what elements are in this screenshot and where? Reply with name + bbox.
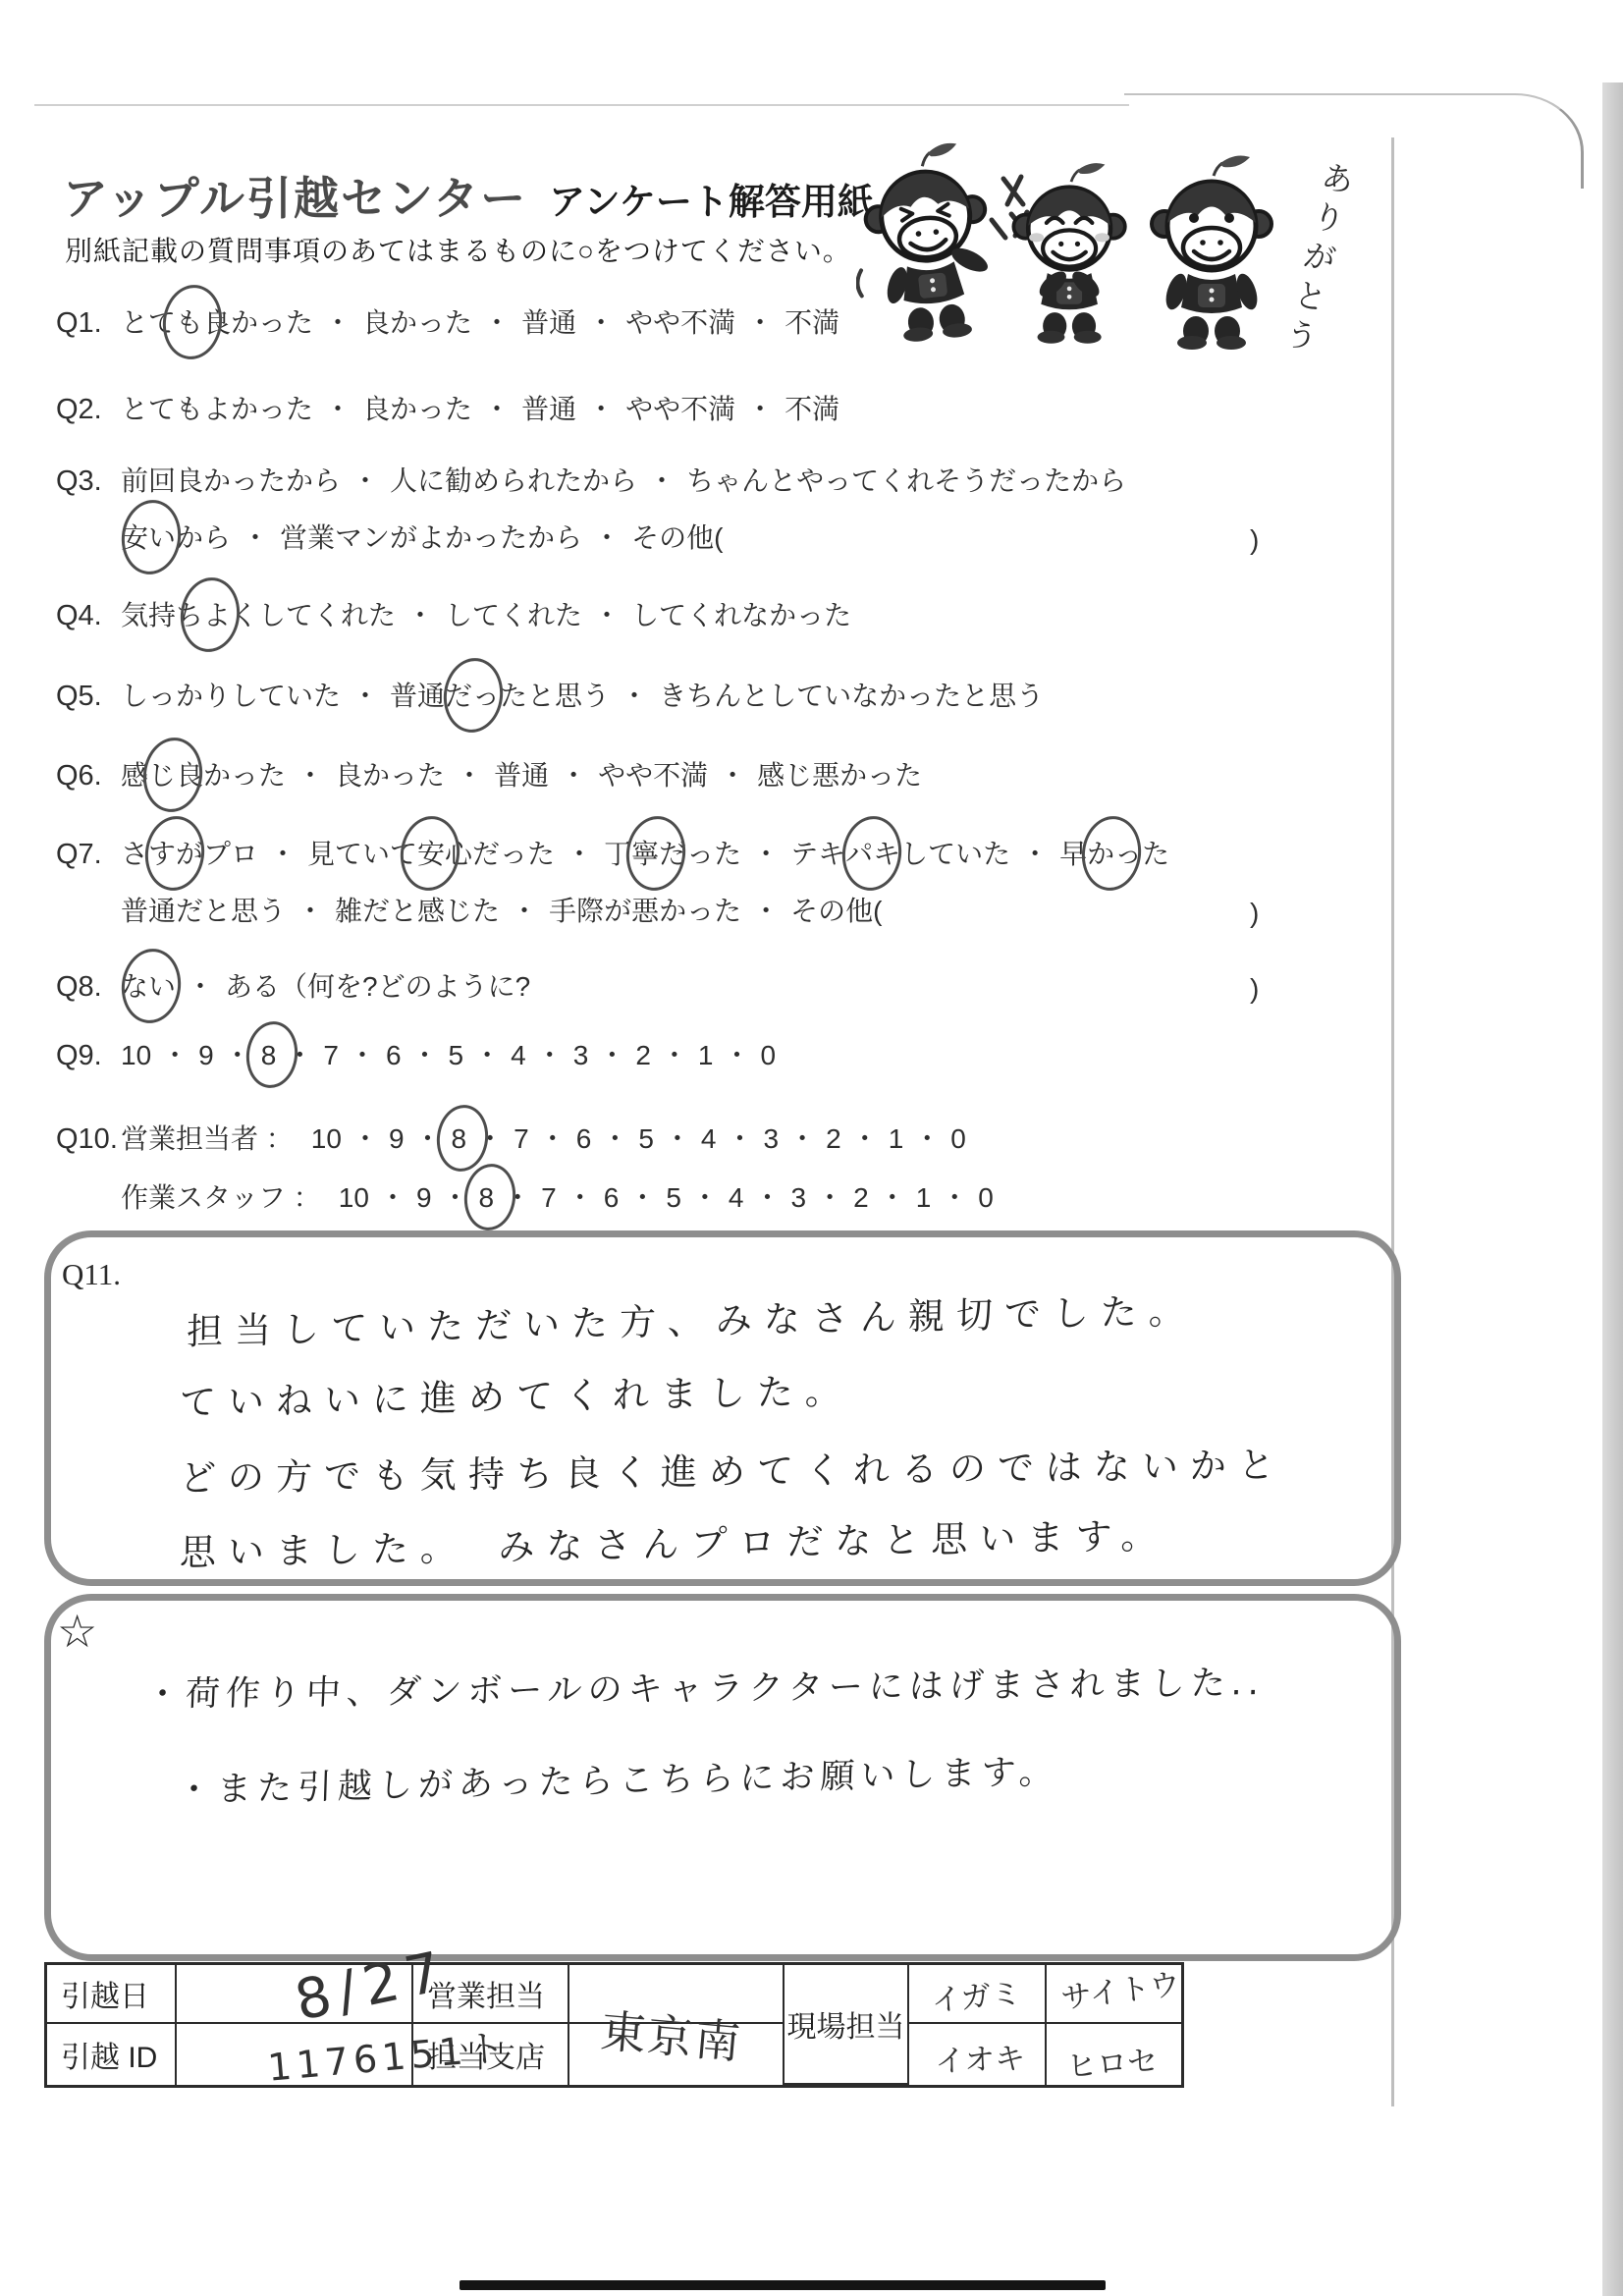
option-text: 3 — [764, 1123, 780, 1154]
option-separator: ・ — [664, 1123, 691, 1154]
option-separator: ・ — [297, 896, 324, 926]
option-text: 2 — [635, 1040, 651, 1070]
option-text: ちゃんとやってくれそうだったから — [686, 465, 1126, 496]
option-text: 手際が悪かった — [549, 896, 741, 926]
option-separator: ・ — [598, 1040, 625, 1070]
option-separator: ・ — [621, 681, 648, 711]
option-text: 良かった — [335, 760, 445, 791]
question-q5-line1: しっかりしていた・普通だったと思う・きちんとしていなかったと思う — [121, 680, 1044, 713]
monkey-waving — [856, 140, 999, 349]
option-separator: ・ — [324, 394, 352, 424]
scale-prefix-label: 営業担当者 ： — [121, 1123, 294, 1154]
mascot-monkeys-illustration — [856, 124, 1278, 359]
handwritten-staff-name: イオキ — [934, 2033, 1026, 2080]
option-text: 6 — [604, 1182, 620, 1213]
option-separator: ・ — [593, 600, 621, 630]
option-separator: ・ — [913, 1123, 941, 1154]
option-text: やや不満 — [625, 307, 735, 338]
option-separator: ・ — [816, 1182, 843, 1213]
handwritten-circle-mark — [177, 574, 244, 656]
instruction-text: 別紙記載の質問事項のあてはまるものに○をつけてください。 — [65, 230, 851, 269]
question-q10-line1: 営業担当者 ：10・9・8・7・6・5・4・3・2・1・0 — [121, 1122, 966, 1156]
option-text: 人に勧められたから — [390, 465, 637, 496]
option-text: 10 — [311, 1123, 342, 1154]
option-separator: ・ — [161, 1040, 189, 1070]
question-q3-line2: 安いから・営業マンがよかったから・その他() — [121, 521, 723, 555]
option-separator: ・ — [628, 1182, 656, 1213]
option-separator: ・ — [691, 1182, 719, 1213]
option-text: 普通だと思う — [121, 896, 286, 926]
option-text: その他( — [631, 522, 723, 553]
handwritten-circle-mark — [460, 1161, 519, 1233]
option-text: 前回良かったから — [121, 465, 341, 496]
option-separator: ・ — [352, 1123, 379, 1154]
monkey-bowing — [1013, 163, 1124, 344]
option-separator: ・ — [567, 1182, 594, 1213]
option-separator: ・ — [719, 760, 746, 791]
handwritten-circle-mark — [433, 1102, 492, 1175]
option-text: 普通 — [521, 307, 576, 338]
handwritten-circle-mark — [118, 497, 186, 578]
survey-sheet: アップル引越センター アンケート解答用紙 別紙記載の質問事項のあてはまるものに○… — [0, 0, 1623, 2296]
move-date-label: 引越日 — [47, 1965, 177, 2024]
form-title: アンケート解答用紙 — [549, 172, 874, 225]
option-separator: ・ — [754, 1182, 782, 1213]
option-separator: ・ — [879, 1182, 906, 1213]
handwritten-circle-mark — [1078, 813, 1146, 895]
question-q7-line2: 普通だと思う・雑だと感じた・手際が悪かった・その他() — [121, 895, 882, 928]
question-q6-line1: 感じ良かった・良かった・普通・やや不満・感じ悪かった — [121, 759, 922, 793]
option-text: 2 — [853, 1182, 869, 1213]
option-text: してくれた — [445, 600, 582, 630]
handwritten-circle-mark — [622, 813, 690, 895]
question-q4-line1: 気持ちよくしてくれた・してくれた・してくれなかった — [121, 599, 851, 632]
option-text: しっかりしていた — [121, 681, 341, 711]
option-text: 0 — [978, 1182, 994, 1213]
option-text: 0 — [761, 1040, 777, 1070]
option-separator: ・ — [851, 1123, 879, 1154]
handwritten-circle-mark — [397, 813, 464, 895]
handwritten-staff-name: ヒロセ — [1065, 2036, 1160, 2086]
option-text: 9 — [416, 1182, 432, 1213]
option-text: 7 — [323, 1040, 339, 1070]
question-q3-line1: 前回良かったから・人に勧められたから・ちゃんとやってくれそうだったから — [121, 465, 1126, 498]
option-separator: ・ — [406, 600, 434, 630]
option-separator: ・ — [187, 971, 214, 1002]
option-separator: ・ — [297, 760, 324, 791]
question-label: Q10. — [56, 1122, 118, 1156]
option-separator: ・ — [601, 1123, 628, 1154]
scan-bottom-bar-artifact — [460, 2280, 1106, 2290]
question-q9-line1: 10・9・8・7・6・5・4・3・2・1・0 — [121, 1039, 776, 1072]
option-separator: ・ — [752, 839, 780, 869]
option-text: 普通 — [494, 760, 549, 791]
option-text: 不満 — [784, 307, 839, 338]
option-text: 4 — [729, 1182, 744, 1213]
option-text: 0 — [950, 1123, 966, 1154]
option-separator: ・ — [587, 307, 615, 338]
handwritten-branch: 東京南 — [598, 1995, 744, 2072]
option-text: 感じ悪かった — [757, 760, 922, 791]
option-separator: ・ — [1021, 839, 1049, 869]
handwritten-circle-mark — [159, 282, 227, 363]
option-separator: ・ — [539, 1123, 567, 1154]
option-text: 1 — [916, 1182, 932, 1213]
option-text: 6 — [576, 1123, 592, 1154]
option-text: 1 — [698, 1040, 714, 1070]
handwritten-circle-mark — [141, 813, 209, 895]
option-text: やや不満 — [625, 394, 735, 424]
option-separator: ・ — [242, 522, 269, 553]
brand-logo-text: アップル引越センター — [63, 163, 527, 228]
option-text: 9 — [389, 1123, 405, 1154]
option-text: 2 — [826, 1123, 841, 1154]
handwritten-circle-mark — [139, 735, 207, 816]
star-icon: ☆ — [57, 1605, 97, 1658]
monkey-standing — [1152, 156, 1271, 350]
option-separator: ・ — [788, 1123, 816, 1154]
option-separator: ・ — [724, 1040, 751, 1070]
option-separator: ・ — [411, 1040, 439, 1070]
option-separator: ・ — [324, 307, 352, 338]
option-text: 不満 — [784, 394, 839, 424]
question-label: Q1. — [56, 306, 102, 340]
option-separator: ・ — [727, 1123, 754, 1154]
option-text: 3 — [573, 1040, 589, 1070]
option-text: 5 — [666, 1182, 681, 1213]
option-text: やや不満 — [598, 760, 708, 791]
option-separator: ・ — [746, 307, 774, 338]
question-q2-line1: とてもよかった・良かった・普通・やや不満・不満 — [121, 393, 839, 426]
option-separator: ・ — [746, 394, 774, 424]
option-text: 営業マンがよかったから — [280, 522, 582, 553]
option-text: とてもよかった — [121, 394, 313, 424]
question-label: Q7. — [56, 838, 102, 871]
option-text: 10 — [339, 1182, 369, 1213]
option-text: ある（何を?どのように? — [225, 971, 530, 1002]
option-text: 良かった — [362, 307, 472, 338]
option-text: 6 — [386, 1040, 402, 1070]
option-text: してくれなかった — [631, 600, 851, 630]
question-label: Q8. — [56, 970, 102, 1004]
option-separator: ・ — [483, 307, 511, 338]
option-text: 9 — [198, 1040, 214, 1070]
question-label: Q5. — [56, 680, 102, 713]
option-separator: ・ — [379, 1182, 406, 1213]
scanner-edge-band — [1602, 82, 1623, 2296]
question-q8-line1: ない・ある（何を?どのように?) — [121, 970, 530, 1004]
option-separator: ・ — [349, 1040, 376, 1070]
option-separator: ・ — [352, 465, 379, 496]
header: アップル引越センター アンケート解答用紙 — [63, 163, 874, 228]
option-separator: ・ — [560, 760, 587, 791]
question-q1-line1: とても良かった・良かった・普通・やや不満・不満 — [121, 306, 839, 340]
option-text: 7 — [541, 1182, 557, 1213]
answer-paren-close: ) — [1250, 897, 1259, 930]
site-staff-label: 現場担当 — [784, 1965, 909, 2085]
option-text: 気持ちよくしてくれた — [121, 600, 396, 630]
option-text: きちんとしていなかったと思う — [659, 681, 1044, 711]
option-separator: ・ — [593, 522, 621, 553]
question-label: Q6. — [56, 759, 102, 793]
option-text: 4 — [511, 1040, 526, 1070]
option-separator: ・ — [352, 681, 379, 711]
answer-paren-close: ) — [1250, 523, 1259, 557]
handwritten-circle-mark — [440, 655, 508, 737]
question-q10-line2: 作業スタッフ ：10・9・8・7・6・5・4・3・2・1・0 — [121, 1181, 994, 1215]
option-separator: ・ — [536, 1040, 564, 1070]
option-text: 5 — [449, 1040, 464, 1070]
option-text: 良かった — [362, 394, 472, 424]
option-text: 雑だと感じた — [335, 896, 500, 926]
option-separator: ・ — [661, 1040, 688, 1070]
option-separator: ・ — [511, 896, 538, 926]
option-text: 3 — [791, 1182, 807, 1213]
option-text: 5 — [638, 1123, 654, 1154]
option-separator: ・ — [473, 1040, 501, 1070]
option-separator: ・ — [941, 1182, 968, 1213]
scale-prefix-label: 作業スタッフ ： — [121, 1182, 321, 1213]
question-label: Q3. — [56, 465, 102, 498]
option-separator: ・ — [566, 839, 593, 869]
answer-paren-close: ) — [1250, 972, 1259, 1006]
option-separator: ・ — [648, 465, 676, 496]
option-text: 普通 — [521, 394, 576, 424]
option-text: 1 — [889, 1123, 904, 1154]
option-separator: ・ — [456, 760, 483, 791]
option-text: その他( — [790, 896, 882, 926]
handwritten-circle-mark — [839, 813, 906, 895]
option-text: 4 — [701, 1123, 717, 1154]
handwritten-circle-mark — [118, 946, 186, 1027]
option-separator: ・ — [483, 394, 511, 424]
option-text: 7 — [514, 1123, 529, 1154]
q11-label: Q11. — [62, 1257, 121, 1292]
option-separator: ・ — [269, 839, 297, 869]
handwritten-staff-name: イガミ — [929, 1968, 1023, 2020]
scan-line-artifact — [34, 104, 1129, 106]
question-label: Q4. — [56, 599, 102, 632]
option-separator: ・ — [752, 896, 780, 926]
question-label: Q2. — [56, 393, 102, 426]
option-text: 10 — [121, 1040, 151, 1070]
question-q7-line1: さすがプロ・見ていて安心だった・丁寧だった・テキパキしていた・早かった — [121, 838, 1169, 871]
question-label: Q9. — [56, 1039, 102, 1072]
option-separator: ・ — [587, 394, 615, 424]
handwritten-circle-mark — [243, 1018, 301, 1091]
move-id-label: 引越 ID — [47, 2024, 177, 2085]
